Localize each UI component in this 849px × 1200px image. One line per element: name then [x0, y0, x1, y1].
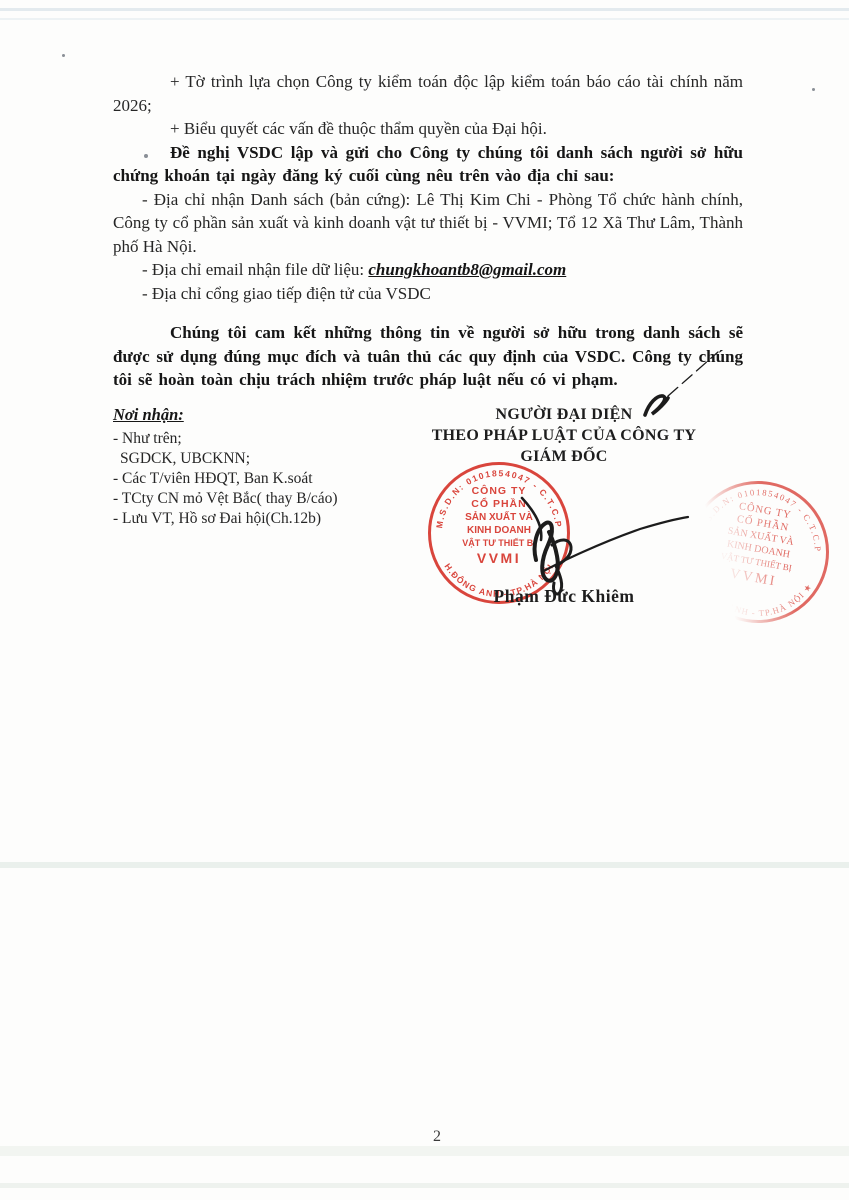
scan-artifact-line [0, 8, 849, 11]
bullet-audit-report: + Tờ trình lựa chọn Công ty kiểm toán độ… [113, 70, 743, 117]
seal-line-co-phan: CỔ PHẦN [471, 497, 526, 510]
page-number: 2 [414, 1128, 460, 1146]
recipients-block: Nơi nhận: - Như trên; SGDCK, UBCKNN; - C… [113, 405, 383, 529]
address-hardcopy: - Địa chỉ nhận Danh sách (bản cứng): Lê … [113, 188, 743, 259]
seal-line-vvmi: VVMI [729, 567, 778, 590]
seal-line-vat-tu: VẬT TƯ THIẾT BỊ [462, 537, 535, 548]
recipients-heading: Nơi nhận: [113, 405, 383, 425]
representative-title-block: NGƯỜI ĐẠI DIỆN THEO PHÁP LUẬT CỦA CÔNG T… [414, 404, 714, 467]
recipient-item: - TCty CN mỏ Vệt Bắc( thay B/cáo) [113, 489, 383, 509]
scan-artifact-line [0, 1183, 849, 1188]
scan-artifact-line [0, 1146, 849, 1156]
commitment-paragraph: Chúng tôi cam kết những thông tin về ngư… [113, 321, 743, 392]
signer-name: Phạm Đức Khiêm [414, 586, 714, 607]
address-portal: - Địa chỉ cổng giao tiếp điện tử của VSD… [113, 282, 743, 306]
vsdc-request: Đề nghị VSDC lập và gửi cho Công ty chún… [113, 141, 743, 188]
seal-line-cong-ty: CÔNG TY [472, 484, 527, 497]
scan-speck [62, 54, 65, 57]
bullet-vote: + Biểu quyết các vấn đề thuộc thẩm quyền… [113, 117, 743, 141]
recipient-item: - Như trên; [113, 429, 383, 449]
recipient-item: - Lưu VT, Hồ sơ Đai hội(Ch.12b) [113, 509, 383, 529]
email-address: chungkhoantb8@gmail.com [368, 260, 566, 279]
company-seal-svg: M.S.D.N: 0101854047 - C.T.C.P ★ H.ĐÔNG A… [426, 460, 572, 606]
company-seal-stamp: M.S.D.N: 0101854047 - C.T.C.P ★ H.ĐÔNG A… [426, 460, 572, 606]
seal-line-vvmi: VVMI [477, 550, 521, 566]
representative-title-line1: NGƯỜI ĐẠI DIỆN [414, 404, 714, 425]
address-email-label: - Địa chỉ email nhận file dữ liệu: [142, 260, 368, 279]
recipient-item: SGDCK, UBCKNN; [113, 449, 383, 469]
recipient-item: - Các T/viên HĐQT, Ban K.soát [113, 469, 383, 489]
representative-title-line2: THEO PHÁP LUẬT CỦA CÔNG TY [414, 425, 714, 446]
scan-artifact-line [0, 862, 849, 868]
scan-artifact-line [0, 18, 849, 20]
partial-seal-svg: M.S.D.N: 0101854047 - C.T.C.P ★ H.ĐÔNG A… [673, 467, 842, 636]
seal-line-kinh-doanh: KINH DOANH [467, 525, 531, 536]
recipients-list: - Như trên; SGDCK, UBCKNN; - Các T/viên … [113, 429, 383, 529]
scan-speck [812, 88, 815, 91]
seal-line-san-xuat: SẢN XUẤT VÀ [465, 510, 533, 523]
scanned-document-page: + Tờ trình lựa chọn Công ty kiểm toán độ… [0, 0, 849, 1200]
letter-body: + Tờ trình lựa chọn Công ty kiểm toán độ… [113, 70, 743, 392]
address-email-line: - Địa chỉ email nhận file dữ liệu: chung… [113, 258, 743, 282]
